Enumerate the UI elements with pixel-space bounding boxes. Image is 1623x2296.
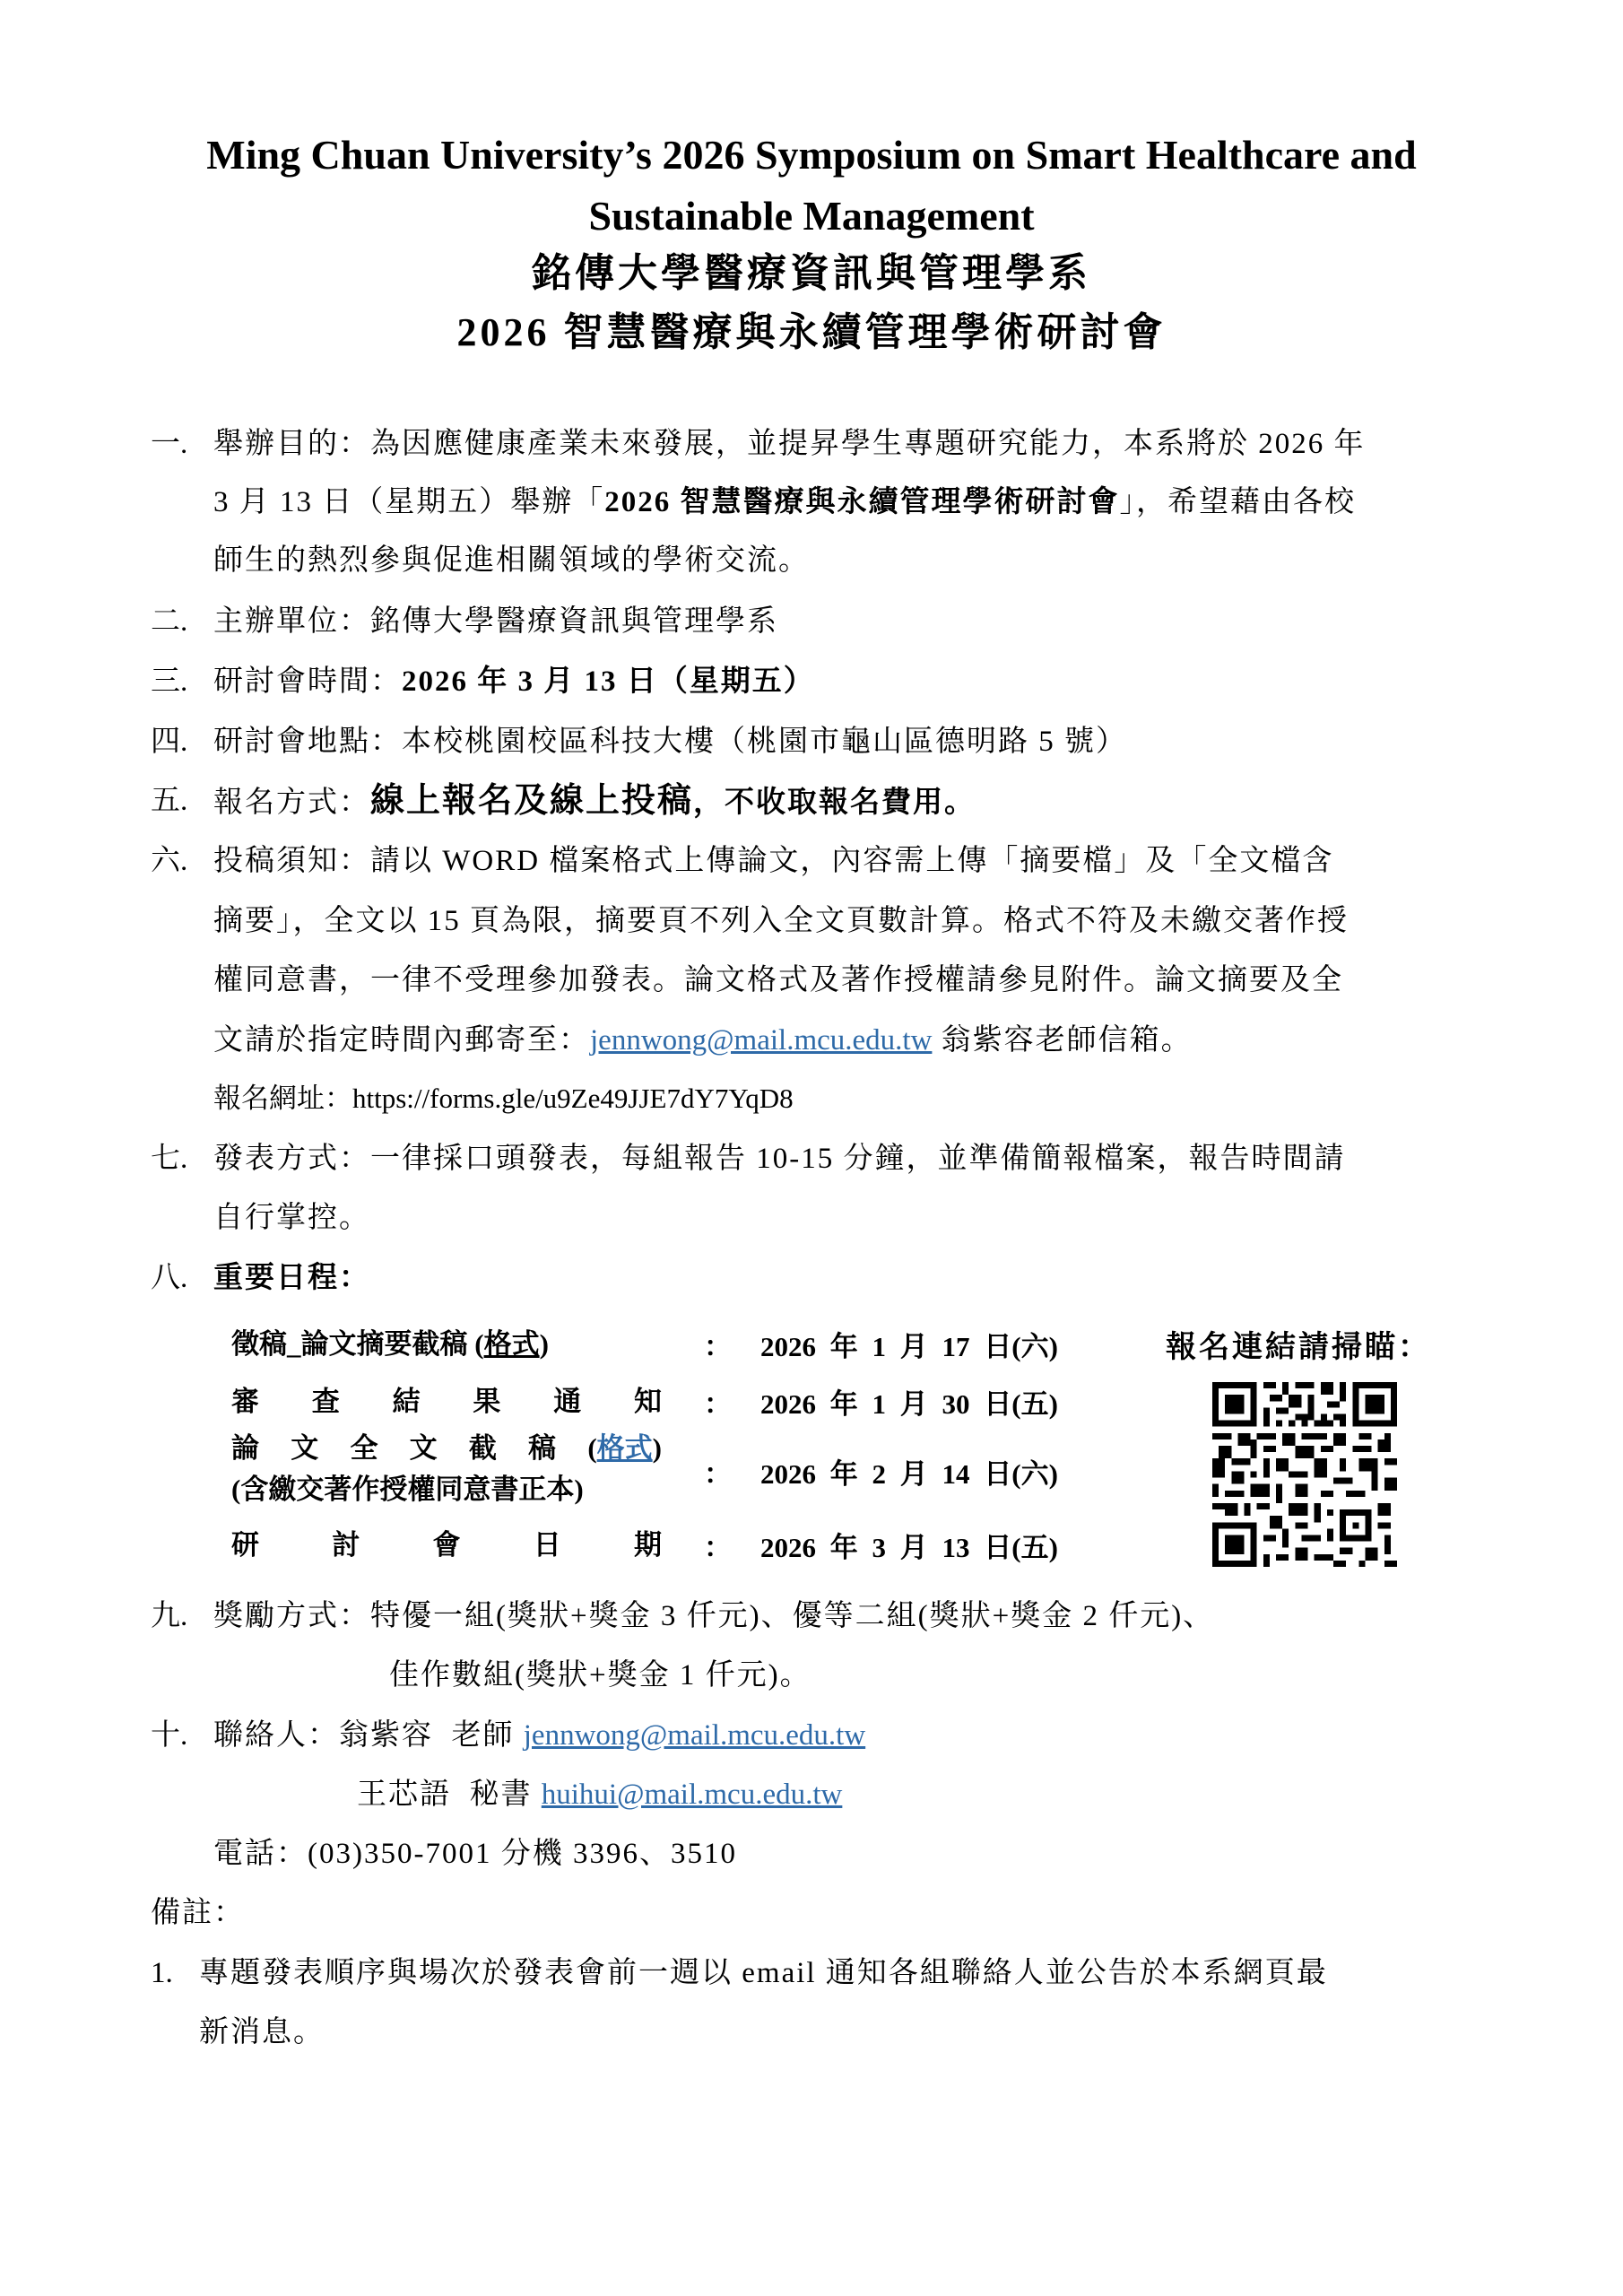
presentation-line2: 自行掌控。 (213, 1196, 370, 1240)
section-number: 十. (151, 1713, 187, 1758)
title-chinese-symposium: 2026 智慧醫療與永續管理學術研討會 (0, 303, 1623, 362)
registration-line: 報名方式：線上報名及線上投稿，不收取報名費用。 (213, 778, 976, 825)
note-line1: 專題發表順序與場次於發表會前一週以 email 通知各組聯絡人並公告於本系網頁最 (199, 1951, 1328, 1996)
submission-text: 翁紫容老師信箱。 (932, 1024, 1192, 1057)
purpose-line3: 師生的熱烈參與促進相關領域的學術交流。 (213, 538, 810, 583)
registration-fee-note: ，不收取報名費用。 (693, 787, 976, 819)
schedule-label-char: 全 (350, 1428, 378, 1469)
purpose-text: 3 月 13 日（星期五）舉辦「 (213, 486, 604, 518)
notes-heading: 備註： (151, 1891, 245, 1935)
format-link[interactable]: 格式 (484, 1328, 540, 1360)
schedule-label-char: 研 (231, 1525, 259, 1566)
contact-line1: 聯絡人：翁紫容 老師 jennwong@mail.mcu.edu.tw (213, 1713, 865, 1758)
submission-line1: 投稿須知：請以 WORD 檔案格式上傳論文，內容需上傳「摘要檔」及「全文檔含 (213, 839, 1333, 883)
registration-label: 報名方式： (213, 787, 370, 819)
venue-label: 研討會地點： (213, 726, 402, 758)
date-label: 研討會時間： (213, 665, 402, 698)
note-line2: 新消息。 (199, 2010, 325, 2055)
section-number: 七. (151, 1136, 187, 1181)
section-number: 二. (151, 599, 187, 644)
schedule-colon: ： (704, 1324, 732, 1364)
submission-text: 文請於指定時間內郵寄至： (213, 1024, 590, 1057)
organizer-line: 主辦單位：銘傳大學醫療資訊與管理學系 (213, 599, 778, 644)
venue-value: 本校桃園校區科技大樓（桃園市龜山區德明路 5 號） (402, 726, 1127, 758)
schedule-label-char: 文 (410, 1428, 438, 1469)
purpose-text: 」，希望藉由各校 (1120, 486, 1357, 518)
schedule-label-char: 截 (469, 1428, 497, 1469)
schedule-label-char: 果 (473, 1381, 500, 1422)
registration-url[interactable]: https://forms.gle/u9Ze49JJE7dY7YqD8 (352, 1083, 794, 1114)
schedule-label-char: 知 (634, 1381, 662, 1422)
presentation-line1: 發表方式：一律採口頭發表，每組報告 10-15 分鐘，並準備簡報檔案，報告時間請 (213, 1136, 1346, 1181)
section-number: 八. (151, 1256, 187, 1300)
email-link-jennwong[interactable]: jennwong@mail.mcu.edu.tw (590, 1024, 932, 1057)
qr-label: 報名連結請掃瞄： (1166, 1322, 1431, 1366)
schedule-sublabel: (含繳交著作授權同意書正本) (231, 1469, 662, 1510)
schedule-date: 2026 年 1 月 17 日(六) (760, 1324, 1058, 1364)
schedule-label-char: 稿 (528, 1428, 556, 1469)
symposium-name: 2026 智慧醫療與永續管理學術研討會 (604, 486, 1119, 518)
schedule-heading: 重要日程： (213, 1256, 370, 1300)
section-number: 一. (151, 422, 187, 466)
contact-line2: 王芯語 秘書 huihui@mail.mcu.edu.tw (357, 1772, 842, 1817)
qr-code-icon[interactable] (1212, 1382, 1397, 1567)
title-english-line1: Ming Chuan University’s 2026 Symposium o… (0, 126, 1623, 185)
award-line2: 佳作數組(獎狀+獎金 1 仟元)。 (389, 1653, 811, 1698)
submission-line2: 摘要」，全文以 15 頁為限，摘要頁不列入全文頁數計算。格式不符及未繳交著作授 (213, 899, 1349, 944)
email-link-jennwong[interactable]: jennwong@mail.mcu.edu.tw (524, 1719, 865, 1752)
organizer-label: 主辦單位： (213, 605, 370, 638)
schedule-colon: ： (704, 1525, 732, 1565)
contact-name-teacher: 翁紫容 老師 (339, 1719, 524, 1752)
schedule-row-abstract-deadline: 徵稿_論文摘要截稿 (格式) (231, 1324, 549, 1365)
schedule-label-char: 期 (634, 1525, 662, 1566)
venue-line: 研討會地點：本校桃園校區科技大樓（桃園市龜山區德明路 5 號） (213, 719, 1127, 764)
schedule-label-char: 結 (393, 1381, 421, 1422)
schedule-colon: ： (704, 1381, 732, 1422)
section-number: 三. (151, 659, 187, 704)
section-number: 九. (151, 1594, 187, 1639)
schedule-row-fullpaper-deadline: 論 文 全 文 截 稿 (格式) (含繳交著作授權同意書正本) (231, 1428, 662, 1510)
section-number: 六. (151, 839, 187, 883)
title-english-line2: Sustainable Management (0, 187, 1623, 246)
schedule-date: 2026 年 3 月 13 日(五) (760, 1525, 1058, 1565)
registration-url-line: 報名網址：https://forms.gle/u9Ze49JJE7dY7YqD8 (213, 1076, 794, 1121)
schedule-label-char: 查 (312, 1381, 340, 1422)
format-link[interactable]: 格式 (597, 1432, 653, 1464)
schedule-label-char: 通 (553, 1381, 581, 1422)
schedule-date: 2026 年 1 月 30 日(五) (760, 1381, 1058, 1422)
purpose-line1: 舉辦目的：為因應健康產業未來發展，並提昇學生專題研究能力，本系將於 2026 年 (213, 422, 1366, 466)
section-number: 五. (151, 778, 187, 823)
award-line1: 獎勵方式：特優一組(獎狀+獎金 3 仟元)、優等二組(獎狀+獎金 2 仟元)、 (213, 1594, 1214, 1639)
registration-url-label: 報名網址： (213, 1083, 352, 1114)
registration-method: 線上報名及線上投稿 (370, 782, 693, 820)
schedule-label: 徵稿_論文摘要截稿 (231, 1328, 474, 1360)
contact-label: 聯絡人： (213, 1719, 339, 1752)
schedule-label-char: 論 (231, 1428, 259, 1469)
schedule-label-char: 審 (231, 1381, 259, 1422)
section-number: 四. (151, 719, 187, 764)
schedule-label-char: 會 (433, 1525, 461, 1566)
email-link-huihui[interactable]: huihui@mail.mcu.edu.tw (542, 1779, 843, 1811)
purpose-line2: 3 月 13 日（星期五）舉辦「2026 智慧醫療與永續管理學術研討會」，希望藉… (213, 480, 1356, 525)
schedule-date: 2026 年 2 月 14 日(六) (760, 1451, 1058, 1492)
note-number: 1. (151, 1951, 173, 1996)
schedule-label-char: 討 (332, 1525, 360, 1566)
schedule-label-char: 日 (534, 1525, 561, 1566)
schedule-colon: ： (704, 1451, 732, 1492)
schedule-row-symposium-date: 研 討 會 日 期 (231, 1525, 662, 1566)
schedule-label-char: 文 (291, 1428, 318, 1469)
organizer-value: 銘傳大學醫療資訊與管理學系 (370, 605, 778, 638)
title-chinese-department: 銘傳大學醫療資訊與管理學系 (0, 244, 1623, 303)
submission-line4: 文請於指定時間內郵寄至：jennwong@mail.mcu.edu.tw 翁紫容… (213, 1018, 1193, 1063)
format-link-wrapper: (格式) (587, 1428, 662, 1469)
contact-name-secretary: 王芯語 秘書 (357, 1779, 542, 1811)
contact-phone: 電話：(03)350-7001 分機 3396、3510 (213, 1831, 737, 1876)
date-line: 研討會時間：2026 年 3 月 13 日（星期五） (213, 659, 815, 704)
submission-line3: 權同意書，一律不受理參加發表。論文格式及著作授權請參見附件。論文摘要及全 (213, 958, 1343, 1003)
schedule-row-review-result: 審 查 結 果 通 知 (231, 1381, 662, 1422)
date-value: 2026 年 3 月 13 日（星期五） (402, 665, 815, 698)
